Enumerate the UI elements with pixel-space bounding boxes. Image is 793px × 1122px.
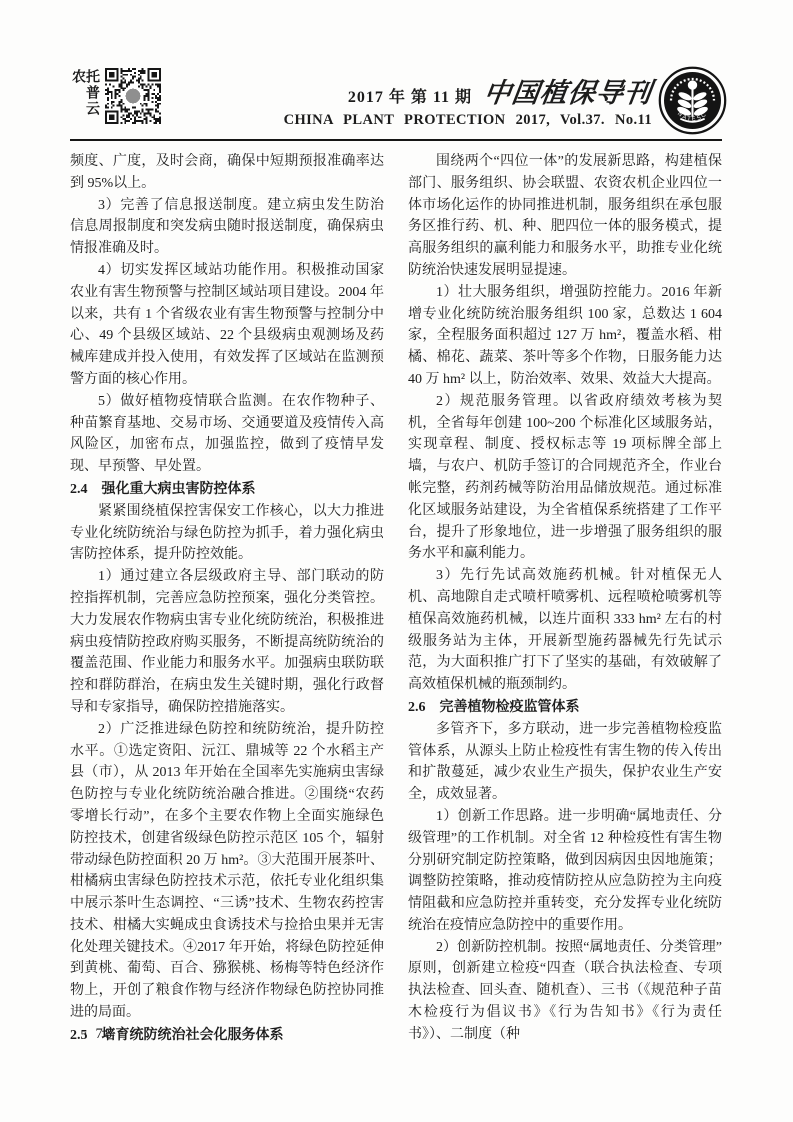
section-number: 2.6 [408,700,426,715]
paragraph: 多管齐下，多方联动，进一步完善植物检疫监管体系，从源头上防止检疫性有害生物的传入… [408,719,722,806]
journal-logo-icon: NATESC [657,65,728,136]
article-body: 频度、广度，及时会商，确保中短期预报准确率达到 95%以上。3）完善了信息报送制… [70,151,722,1047]
header-divider [70,139,722,141]
page-number: · 78 · [83,1026,126,1043]
paragraph: 3）先行先试高效施药机械。针对植保无人机、高地隙自走式喷杆喷雾机、远程喷枪喷雾机… [408,565,722,696]
issue-row: 2017 年 第 11 期 中国植保导刊 [284,80,652,107]
paragraph: 围绕两个“四位一体”的发展新思路，构建植保部门、服务组织、协会联盟、农资农机企业… [408,151,722,282]
qr-code-icon [105,67,161,125]
section-number: 2.4 [70,482,88,497]
journal-page: 托普云农 2017 年 第 11 期 中国植保导刊 CHINA PLANT PR… [0,0,793,1122]
paragraph: 3）完善了信息报送制度。建立病虫发生防治信息周报制度和突发病虫随时报送制度，确保… [70,195,384,260]
paragraph: 紧紧围绕植保控害保安工作核心，以大力推进专业化统防统治与绿色防控为抓手，着力强化… [70,501,384,566]
paragraph: 频度、广度，及时会商，确保中短期预报准确率达到 95%以上。 [70,151,384,195]
paragraph: 1）通过建立各层级政府主导、部门联动的防控指挥机制，完善应急防控预案，强化分类管… [70,566,384,719]
section-heading: 2.4强化重大病虫害防控体系 [70,478,384,501]
paragraph: 1）创新工作思路。进一步明确“属地责任、分级管理”的工作机制。对全省 12 种检… [408,806,722,937]
right-column: 围绕两个“四位一体”的发展新思路，构建植保部门、服务组织、协会联盟、农资农机企业… [408,151,722,1047]
section-heading: 2.6完善植物检疫监管体系 [408,696,722,719]
paragraph: 2）创新防控机制。按照“属地责任、分类管理”原则，创新建立检疫“四查（联合执法检… [408,937,722,1046]
paragraph: 5）做好植物疫情联合监测。在农作物种子、种苗繁育基地、交易市场、交通要道及疫情传… [70,391,384,478]
paragraph: 4）切实发挥区域站功能作用。积极推动国家农业有害生物预警与控制区域站项目建设。2… [70,260,384,391]
qr-block: 托普云农 [72,67,161,131]
masthead: 2017 年 第 11 期 中国植保导刊 CHINA PLANT PROTECT… [284,80,652,129]
left-column: 频度、广度，及时会商，确保中短期预报准确率达到 95%以上。3）完善了信息报送制… [70,151,384,1047]
paragraph: 1）壮大服务组织，增强防控能力。2016 年新增专业化统防统治服务组织 100 … [408,282,722,391]
section-title: 强化重大病虫害防控体系 [102,480,256,496]
paragraph: 2）广泛推进绿色防控和统防统治，提升防控水平。①选定资阳、沅江、鼎城等 22 个… [70,719,384,1024]
paragraph: 2）规范服务管理。以省政府绩效考核为契机，全省每年创建 100~200 个标准化… [408,391,722,565]
journal-title-en: CHINA PLANT PROTECTION 2017, Vol.37. No.… [284,112,652,129]
journal-title-cn: 中国植保导刊 [482,80,654,107]
issue-number: 2017 年 第 11 期 [348,84,472,107]
qr-caption: 托普云农 [72,69,100,131]
section-title: 完善植物检疫监管体系 [440,698,580,714]
section-title: 培育统防统治社会化服务体系 [102,1026,284,1042]
